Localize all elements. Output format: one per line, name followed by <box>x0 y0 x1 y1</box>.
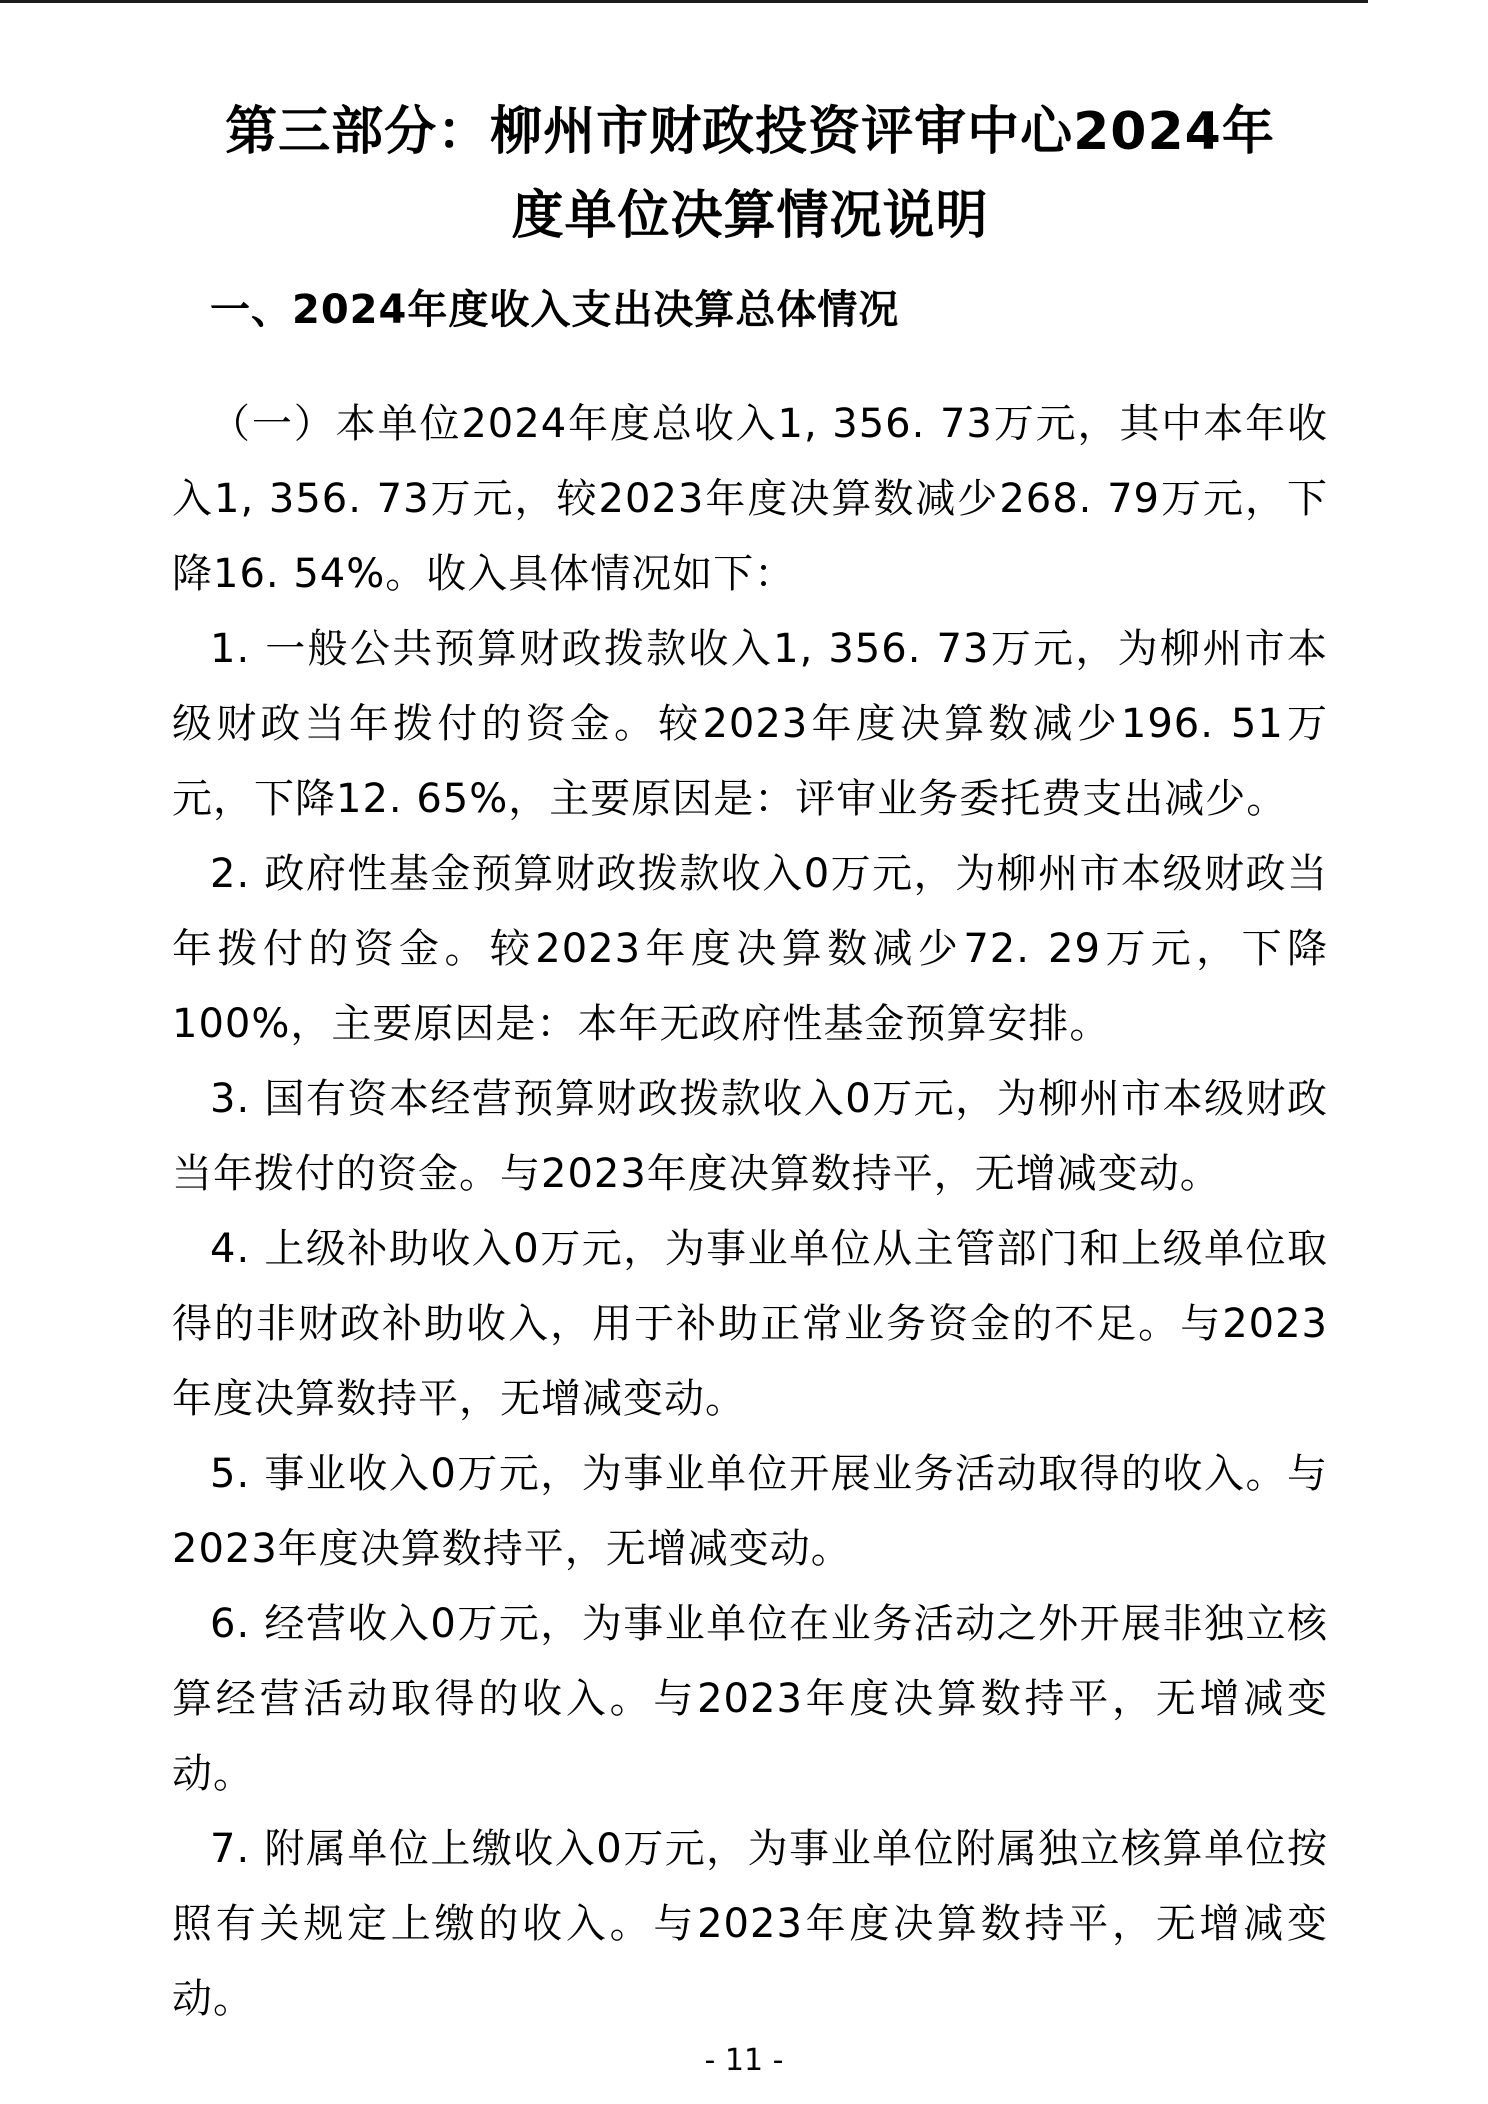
paragraph-item-6-operating-income: 6. 经营收入0万元，为事业单位在业务活动之外开展非独立核算经营活动取得的收入。… <box>172 1587 1328 1812</box>
document-body: （一）本单位2024年度总收入1, 356. 73万元，其中本年收入1, 356… <box>172 387 1328 2037</box>
paragraph-item-5-business-income: 5. 事业收入0万元，为事业单位开展业务活动取得的收入。与2023年度决算数持平… <box>172 1437 1328 1587</box>
paragraph-item-1-general-budget: 1. 一般公共预算财政拨款收入1, 356. 73万元，为柳州市本级财政当年拨付… <box>172 612 1328 837</box>
document-page: 第三部分：柳州市财政投资评审中心2024年 度单位决算情况说明 一、2024年度… <box>0 0 1488 2104</box>
scan-artifact-top-edge <box>0 0 1368 3</box>
document-content: 第三部分：柳州市财政投资评审中心2024年 度单位决算情况说明 一、2024年度… <box>0 0 1488 2037</box>
page-number: - 11 - <box>0 2044 1488 2078</box>
section-heading: 一、2024年度收入支出决算总体情况 <box>172 290 1328 330</box>
paragraph-item-2-government-fund: 2. 政府性基金预算财政拨款收入0万元，为柳州市本级财政当年拨付的资金。较202… <box>172 837 1328 1062</box>
document-title: 第三部分：柳州市财政投资评审中心2024年 度单位决算情况说明 <box>172 90 1328 258</box>
paragraph-item-4-superior-subsidy: 4. 上级补助收入0万元，为事业单位从主管部门和上级单位取得的非财政补助收入，用… <box>172 1212 1328 1437</box>
document-title-line-1: 第三部分：柳州市财政投资评审中心2024年 <box>172 90 1328 174</box>
paragraph-item-3-state-capital: 3. 国有资本经营预算财政拨款收入0万元，为柳州市本级财政当年拨付的资金。与20… <box>172 1062 1328 1212</box>
paragraph-item-7-affiliated-units: 7. 附属单位上缴收入0万元，为事业单位附属独立核算单位按照有关规定上缴的收入。… <box>172 1812 1328 2037</box>
paragraph-total-income-overview: （一）本单位2024年度总收入1, 356. 73万元，其中本年收入1, 356… <box>172 387 1328 612</box>
document-title-line-2: 度单位决算情况说明 <box>172 174 1328 258</box>
